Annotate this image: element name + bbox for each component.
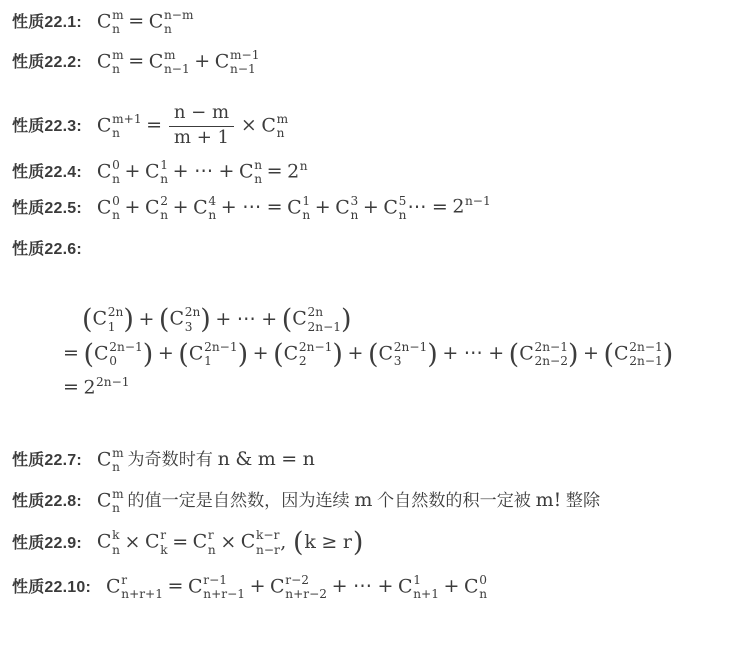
binom-base: C <box>292 308 307 330</box>
binomial-term: Cm+1n <box>97 112 142 141</box>
binom-scripts: 1n+1 <box>413 573 439 602</box>
binom-base: C <box>94 342 109 364</box>
binom-superscript: r−1 <box>203 573 227 587</box>
binom-base: C <box>261 114 276 136</box>
math-text: m <box>354 489 372 511</box>
paren: ( <box>509 341 520 368</box>
binomial-term: Crn <box>193 528 216 557</box>
binom-superscript: 2n−1 <box>109 340 142 354</box>
binom-base: C <box>97 114 112 136</box>
operator: + <box>253 342 269 364</box>
property-formula: Cmn=Cmn−1+Cm−1n−1 <box>97 48 260 77</box>
binom-superscript: 2n−1 <box>629 340 662 354</box>
cjk-text: 为奇数时有 <box>127 450 212 469</box>
binom-superscript: m+1 <box>112 112 141 126</box>
binom-subscript: 2 <box>299 354 307 368</box>
property: 性质22.2:Cmn=Cmn−1+Cm−1n−1 <box>12 48 738 77</box>
binomial-term: C2n−11 <box>189 340 238 369</box>
operator: + <box>250 575 266 597</box>
paren: ( <box>178 341 189 368</box>
binomial-term: C3n <box>335 194 358 223</box>
paren: ( <box>368 341 379 368</box>
property-row: 性质22.10:Crn+r+1=Cr−1n+r−1+Cr−2n+r−2+⋯+C1… <box>12 573 738 602</box>
cjk-text: 整除 <box>566 491 600 510</box>
paren: ) <box>341 306 352 333</box>
binom-superscript: r−2 <box>285 573 309 587</box>
binom-superscript: n <box>254 158 262 172</box>
binom-scripts: 4n <box>208 194 216 223</box>
binom-superscript: 2n−1 <box>534 340 567 354</box>
paren: ( <box>282 306 293 333</box>
binom-superscript: 0 <box>479 573 487 587</box>
binom-subscript: n <box>112 126 120 140</box>
binom-scripts: mn−1 <box>164 48 190 77</box>
binomial-term: C2n−13 <box>378 340 427 369</box>
operator: = <box>281 448 297 470</box>
operator: + <box>377 575 393 597</box>
binom-subscript: n <box>302 208 310 222</box>
property: 性质22.9:Ckn×Crk=Crn×Ck−rn−r,(k≥r) <box>12 528 738 557</box>
binom-superscript: m−1 <box>230 48 259 62</box>
binom-subscript: n+r−2 <box>285 587 327 601</box>
binom-scripts: 2n−11 <box>204 340 237 369</box>
property: 性质22.8:Cmn的值一定是自然数，因为连续m个自然数的积一定被m!整除 <box>12 487 738 516</box>
operator: + <box>125 160 141 182</box>
binomial-term: Ck−rn−r <box>241 528 280 557</box>
operator: & <box>235 448 252 470</box>
binom-base: C <box>169 308 184 330</box>
property-row: 性质22.6: <box>12 236 738 259</box>
binom-base: C <box>189 342 204 364</box>
operator: + <box>363 196 379 218</box>
binom-scripts: rn+r+1 <box>121 573 163 602</box>
binom-subscript: n+1 <box>413 587 439 601</box>
binom-base: C <box>193 531 208 553</box>
binom-base: C <box>97 448 112 470</box>
binom-subscript: n <box>112 62 120 76</box>
fraction-denominator: m + 1 <box>169 126 234 150</box>
operator: = <box>267 160 283 182</box>
comma: , <box>280 531 286 553</box>
binom-superscript: 2n <box>308 305 324 319</box>
binom-scripts: 2n <box>160 194 168 223</box>
property-row: 性质22.9:Ckn×Crk=Crn×Ck−rn−r,(k≥r) <box>12 528 738 557</box>
operator: + <box>488 342 504 364</box>
property-formula: C0n+C1n+⋯+Cnn=2n <box>97 158 308 187</box>
binom-base: C <box>97 10 112 32</box>
property-formula: Cm+1n=n − mm + 1×Cmn <box>97 102 288 150</box>
binom-base: C <box>97 160 112 182</box>
binom-base: C <box>188 575 203 597</box>
paren: ) <box>200 306 211 333</box>
binom-subscript: n <box>160 208 168 222</box>
binomial-term: Cmn <box>97 446 124 475</box>
binomial-term: C2n3 <box>169 305 200 334</box>
property-row: 性质22.5:C0n+C2n+C4n+⋯=C1n+C3n+C5n⋯=2n−1 <box>12 194 738 223</box>
property-row: 性质22.4:C0n+C1n+⋯+Cnn=2n <box>12 158 738 187</box>
operator: = <box>172 531 188 553</box>
operator: + <box>444 575 460 597</box>
binom-subscript: k <box>160 543 167 557</box>
binom-superscript: r <box>208 528 214 542</box>
paren: ) <box>238 341 249 368</box>
operator: = <box>128 10 144 32</box>
paren: ) <box>663 341 674 368</box>
binom-subscript: 3 <box>185 320 193 334</box>
property-label: 性质22.5: <box>12 195 82 218</box>
binom-subscript: n <box>208 543 216 557</box>
binom-subscript: n <box>112 543 120 557</box>
binom-scripts: 0n <box>112 158 120 187</box>
binom-scripts: 2n−12 <box>299 340 332 369</box>
binomial-term: Cm−1n−1 <box>215 48 260 77</box>
binom-scripts: mn <box>277 112 289 141</box>
property: 性质22.7:Cmn为奇数时有n&m=n <box>12 446 738 475</box>
binom-subscript: 1 <box>108 320 116 334</box>
binom-scripts: nn <box>254 158 262 187</box>
binom-subscript: n <box>112 172 120 186</box>
cjk-text: 个自然数的积一定被 <box>377 491 531 510</box>
binom-scripts: r−2n+r−2 <box>285 573 327 602</box>
binom-scripts: mn <box>112 487 124 516</box>
binom-superscript: m <box>112 487 124 501</box>
property-label: 性质22.4: <box>12 159 82 182</box>
binomial-term: C2n−12n−1 <box>614 340 663 369</box>
power-exponent: n−1 <box>465 194 491 208</box>
binom-superscript: m <box>112 48 124 62</box>
paren: ( <box>273 341 284 368</box>
binom-subscript: n <box>254 172 262 186</box>
binom-scripts: 2n1 <box>108 305 124 334</box>
binom-scripts: k−rn−r <box>256 528 280 557</box>
binom-base: C <box>241 531 256 553</box>
binomial-term: C5n <box>383 194 406 223</box>
property-row: 性质22.1:Cmn=Cn−mn <box>12 8 738 37</box>
binom-superscript: k <box>112 528 119 542</box>
operator: = <box>128 50 144 72</box>
paren: ) <box>353 529 364 556</box>
binomial-term: Ckn <box>97 528 120 557</box>
property: 性质22.10:Crn+r+1=Cr−1n+r−1+Cr−2n+r−2+⋯+C1… <box>12 573 738 602</box>
operator: + <box>315 196 331 218</box>
operator: × <box>125 531 141 553</box>
binom-subscript: n <box>112 22 120 36</box>
property: 性质22.6:(C2n1)+(C2n3)+⋯+(C2n2n−1)=(C2n−10… <box>12 236 738 400</box>
operator: = <box>267 196 283 218</box>
binom-scripts: 2n−12n−1 <box>629 340 662 369</box>
binomial-term: Crk <box>145 528 168 557</box>
binom-subscript: n <box>164 22 172 36</box>
property-row: 性质22.8:Cmn的值一定是自然数，因为连续m个自然数的积一定被m!整除 <box>12 487 738 516</box>
operator: + <box>138 308 154 330</box>
binom-scripts: 2n−10 <box>109 340 142 369</box>
binom-base: C <box>145 531 160 553</box>
power-base: 2 <box>83 376 95 398</box>
equation-line: =(C2n−10)+(C2n−11)+(C2n−12)+(C2n−13)+⋯+(… <box>63 340 738 369</box>
paren: ( <box>604 341 615 368</box>
property: 性质22.3:Cm+1n=n − mm + 1×Cmn <box>12 102 738 150</box>
operator: = <box>63 376 79 398</box>
math-text: ⋯ <box>194 160 213 182</box>
binomial-term: Cmn <box>97 48 124 77</box>
cjk-text: 的值一定是自然数，因为连续 <box>127 491 349 510</box>
binom-scripts: rn <box>208 528 216 557</box>
binom-superscript: 2 <box>160 194 168 208</box>
power-exponent: n <box>300 159 308 173</box>
operator: + <box>442 342 458 364</box>
binom-scripts: 2n−13 <box>394 340 427 369</box>
binomial-term: C1n <box>145 158 168 187</box>
property-label: 性质22.9: <box>12 530 82 553</box>
binomial-term: C2n−12n−2 <box>519 340 568 369</box>
property: 性质22.5:C0n+C2n+C4n+⋯=C1n+C3n+C5n⋯=2n−1 <box>12 194 738 223</box>
operator: = <box>63 342 79 364</box>
binom-superscript: 2n−1 <box>299 340 332 354</box>
binom-subscript: 2n−2 <box>534 354 567 368</box>
binom-scripts: 2n2n−1 <box>308 305 341 334</box>
paren: ) <box>143 341 154 368</box>
binom-superscript: 2n <box>108 305 124 319</box>
math-text: ⋯ <box>353 575 372 597</box>
binom-base: C <box>239 160 254 182</box>
operator: = <box>432 196 448 218</box>
math-text: n <box>303 448 315 470</box>
binom-superscript: 4 <box>208 194 216 208</box>
operator: = <box>146 114 162 136</box>
property-row: 性质22.3:Cm+1n=n − mm + 1×Cmn <box>12 102 738 150</box>
binom-scripts: 1n <box>302 194 310 223</box>
binomial-term: C0n <box>97 158 120 187</box>
math-text: ⋯ <box>407 196 426 218</box>
binom-scripts: 2n3 <box>185 305 201 334</box>
property-row: 性质22.7:Cmn为奇数时有n&m=n <box>12 446 738 475</box>
binom-subscript: n <box>112 208 120 222</box>
binom-base: C <box>335 196 350 218</box>
binom-scripts: 2n−12n−2 <box>534 340 567 369</box>
binom-superscript: 2n−1 <box>394 340 427 354</box>
math-text: ⋯ <box>242 196 261 218</box>
operator: + <box>125 196 141 218</box>
power-term: 22n−1 <box>83 375 129 400</box>
operator: + <box>173 196 189 218</box>
binom-scripts: mn <box>112 446 124 475</box>
binom-base: C <box>97 531 112 553</box>
binom-scripts: m−1n−1 <box>230 48 259 77</box>
binom-base: C <box>93 308 108 330</box>
equation-line: =22n−1 <box>63 375 738 400</box>
binom-superscript: 3 <box>351 194 359 208</box>
binom-base: C <box>614 342 629 364</box>
property-formula: Cmn的值一定是自然数，因为连续m个自然数的积一定被m!整除 <box>97 487 604 516</box>
property-label: 性质22.10: <box>12 574 91 597</box>
power-exponent: 2n−1 <box>96 375 129 389</box>
binom-subscript: n <box>112 460 120 474</box>
binom-scripts: rk <box>160 528 167 557</box>
binom-scripts: r−1n+r−1 <box>203 573 245 602</box>
operator: + <box>219 160 235 182</box>
properties-list: 性质22.1:Cmn=Cn−mn性质22.2:Cmn=Cmn−1+Cm−1n−1… <box>12 8 738 602</box>
binom-superscript: 0 <box>112 158 120 172</box>
binom-base: C <box>106 575 121 597</box>
property-formula: Crn+r+1=Cr−1n+r−1+Cr−2n+r−2+⋯+C1n+1+C0n <box>106 573 487 602</box>
binom-superscript: 1 <box>302 194 310 208</box>
binomial-term: Cmn <box>261 112 288 141</box>
binom-superscript: m <box>164 48 176 62</box>
binom-subscript: n−r <box>256 543 280 557</box>
paren: ) <box>427 341 438 368</box>
property-formula: Ckn×Crk=Crn×Ck−rn−r,(k≥r) <box>97 528 364 557</box>
binom-base: C <box>287 196 302 218</box>
binom-superscript: 1 <box>160 158 168 172</box>
property-label: 性质22.3: <box>12 113 82 136</box>
binom-subscript: n <box>479 587 487 601</box>
binomial-term: C4n <box>193 194 216 223</box>
binom-superscript: 0 <box>112 194 120 208</box>
binom-base: C <box>464 575 479 597</box>
binom-scripts: 0n <box>112 194 120 223</box>
binom-subscript: n <box>351 208 359 222</box>
binom-base: C <box>97 50 112 72</box>
paren: ( <box>83 341 94 368</box>
power-base: 2 <box>452 196 464 218</box>
math-text: k <box>304 531 316 553</box>
binom-scripts: 1n <box>160 158 168 187</box>
binomial-term: Cn−mn <box>149 8 194 37</box>
binom-scripts: mn <box>112 48 124 77</box>
binom-superscript: m <box>112 8 124 22</box>
binom-subscript: n−1 <box>164 62 190 76</box>
binom-superscript: k−r <box>256 528 279 542</box>
binom-subscript: n <box>277 126 285 140</box>
operator: + <box>332 575 348 597</box>
binom-superscript: 2n−1 <box>204 340 237 354</box>
binom-subscript: 1 <box>204 354 212 368</box>
binomial-term: C1n <box>287 194 310 223</box>
binom-superscript: 1 <box>413 573 421 587</box>
paren: ( <box>82 306 93 333</box>
binomial-term: C1n+1 <box>398 573 439 602</box>
binom-base: C <box>519 342 534 364</box>
power-base: 2 <box>287 160 299 182</box>
binom-subscript: n <box>112 501 120 515</box>
binomial-term: Cmn <box>97 8 124 37</box>
binom-base: C <box>149 10 164 32</box>
binomial-term: C0n <box>97 194 120 223</box>
power-term: 2n−1 <box>452 194 490 219</box>
fraction: n − mm + 1 <box>169 102 234 150</box>
binom-base: C <box>145 196 160 218</box>
binomial-term: Cr−2n+r−2 <box>270 573 327 602</box>
paren: ( <box>293 529 304 556</box>
binom-scripts: m+1n <box>112 112 141 141</box>
operator: + <box>194 50 210 72</box>
binom-subscript: 2n−1 <box>308 320 341 334</box>
operator: + <box>347 342 363 364</box>
binom-base: C <box>284 342 299 364</box>
property-formula: Cmn为奇数时有n&m=n <box>97 446 316 475</box>
property: 性质22.1:Cmn=Cn−mn <box>12 8 738 37</box>
binom-scripts: n−mn <box>164 8 194 37</box>
binom-base: C <box>398 575 413 597</box>
binomial-term: Cnn <box>239 158 262 187</box>
operator: × <box>241 114 257 136</box>
binom-superscript: r <box>160 528 166 542</box>
binom-superscript: n−m <box>164 8 194 22</box>
binom-base: C <box>97 489 112 511</box>
binomial-term: C2n2n−1 <box>292 305 341 334</box>
binomial-term: Crn+r+1 <box>106 573 163 602</box>
binomial-term: Cmn−1 <box>149 48 190 77</box>
binomial-term: Cmn <box>97 487 124 516</box>
property-label: 性质22.8: <box>12 488 82 511</box>
binomial-term: C2n1 <box>93 305 124 334</box>
binom-subscript: n <box>208 208 216 222</box>
binom-scripts: 3n <box>351 194 359 223</box>
binom-subscript: n−1 <box>230 62 256 76</box>
binom-subscript: 0 <box>109 354 117 368</box>
paren: ( <box>159 306 170 333</box>
property-label: 性质22.7: <box>12 447 82 470</box>
property-row: 性质22.2:Cmn=Cmn−1+Cm−1n−1 <box>12 48 738 77</box>
binom-base: C <box>145 160 160 182</box>
binom-superscript: m <box>112 446 124 460</box>
fraction-numerator: n − m <box>169 102 234 125</box>
binom-base: C <box>97 196 112 218</box>
binomial-term: C2n−12 <box>284 340 333 369</box>
binom-subscript: 2n−1 <box>629 354 662 368</box>
binom-base: C <box>378 342 393 364</box>
property-formula: Cmn=Cn−mn <box>97 8 194 37</box>
binom-superscript: 2n <box>185 305 201 319</box>
binom-scripts: kn <box>112 528 120 557</box>
operator: × <box>220 531 236 553</box>
binom-subscript: n <box>160 172 168 186</box>
binom-superscript: 5 <box>399 194 407 208</box>
property-label: 性质22.2: <box>12 49 82 72</box>
operator: + <box>583 342 599 364</box>
binom-base: C <box>383 196 398 218</box>
paren: ) <box>568 341 579 368</box>
binom-scripts: 0n <box>479 573 487 602</box>
operator: + <box>261 308 277 330</box>
binomial-term: Cr−1n+r−1 <box>188 573 245 602</box>
paren: ) <box>123 306 134 333</box>
binom-subscript: n <box>399 208 407 222</box>
math-text: r <box>343 531 352 553</box>
binom-subscript: n+r−1 <box>203 587 245 601</box>
document: 性质22.1:Cmn=Cn−mn性质22.2:Cmn=Cmn−1+Cm−1n−1… <box>0 0 738 602</box>
math-text: ⋯ <box>237 308 256 330</box>
property-label: 性质22.6: <box>12 236 82 259</box>
binom-scripts: mn <box>112 8 124 37</box>
binom-base: C <box>149 50 164 72</box>
binom-subscript: n+r+1 <box>121 587 163 601</box>
binom-scripts: 5n <box>399 194 407 223</box>
math-text: ⋯ <box>464 342 483 364</box>
binom-base: C <box>193 196 208 218</box>
operator: + <box>215 308 231 330</box>
aligned-equation-block: (C2n1)+(C2n3)+⋯+(C2n2n−1)=(C2n−10)+(C2n−… <box>63 305 738 400</box>
power-term: 2n <box>287 159 307 184</box>
binom-subscript: 3 <box>394 354 402 368</box>
operator: ≥ <box>321 531 337 553</box>
property-label: 性质22.1: <box>12 9 82 32</box>
math-text: m! <box>536 489 562 511</box>
binomial-term: C2n <box>145 194 168 223</box>
binom-base: C <box>270 575 285 597</box>
operator: = <box>168 575 184 597</box>
operator: + <box>221 196 237 218</box>
